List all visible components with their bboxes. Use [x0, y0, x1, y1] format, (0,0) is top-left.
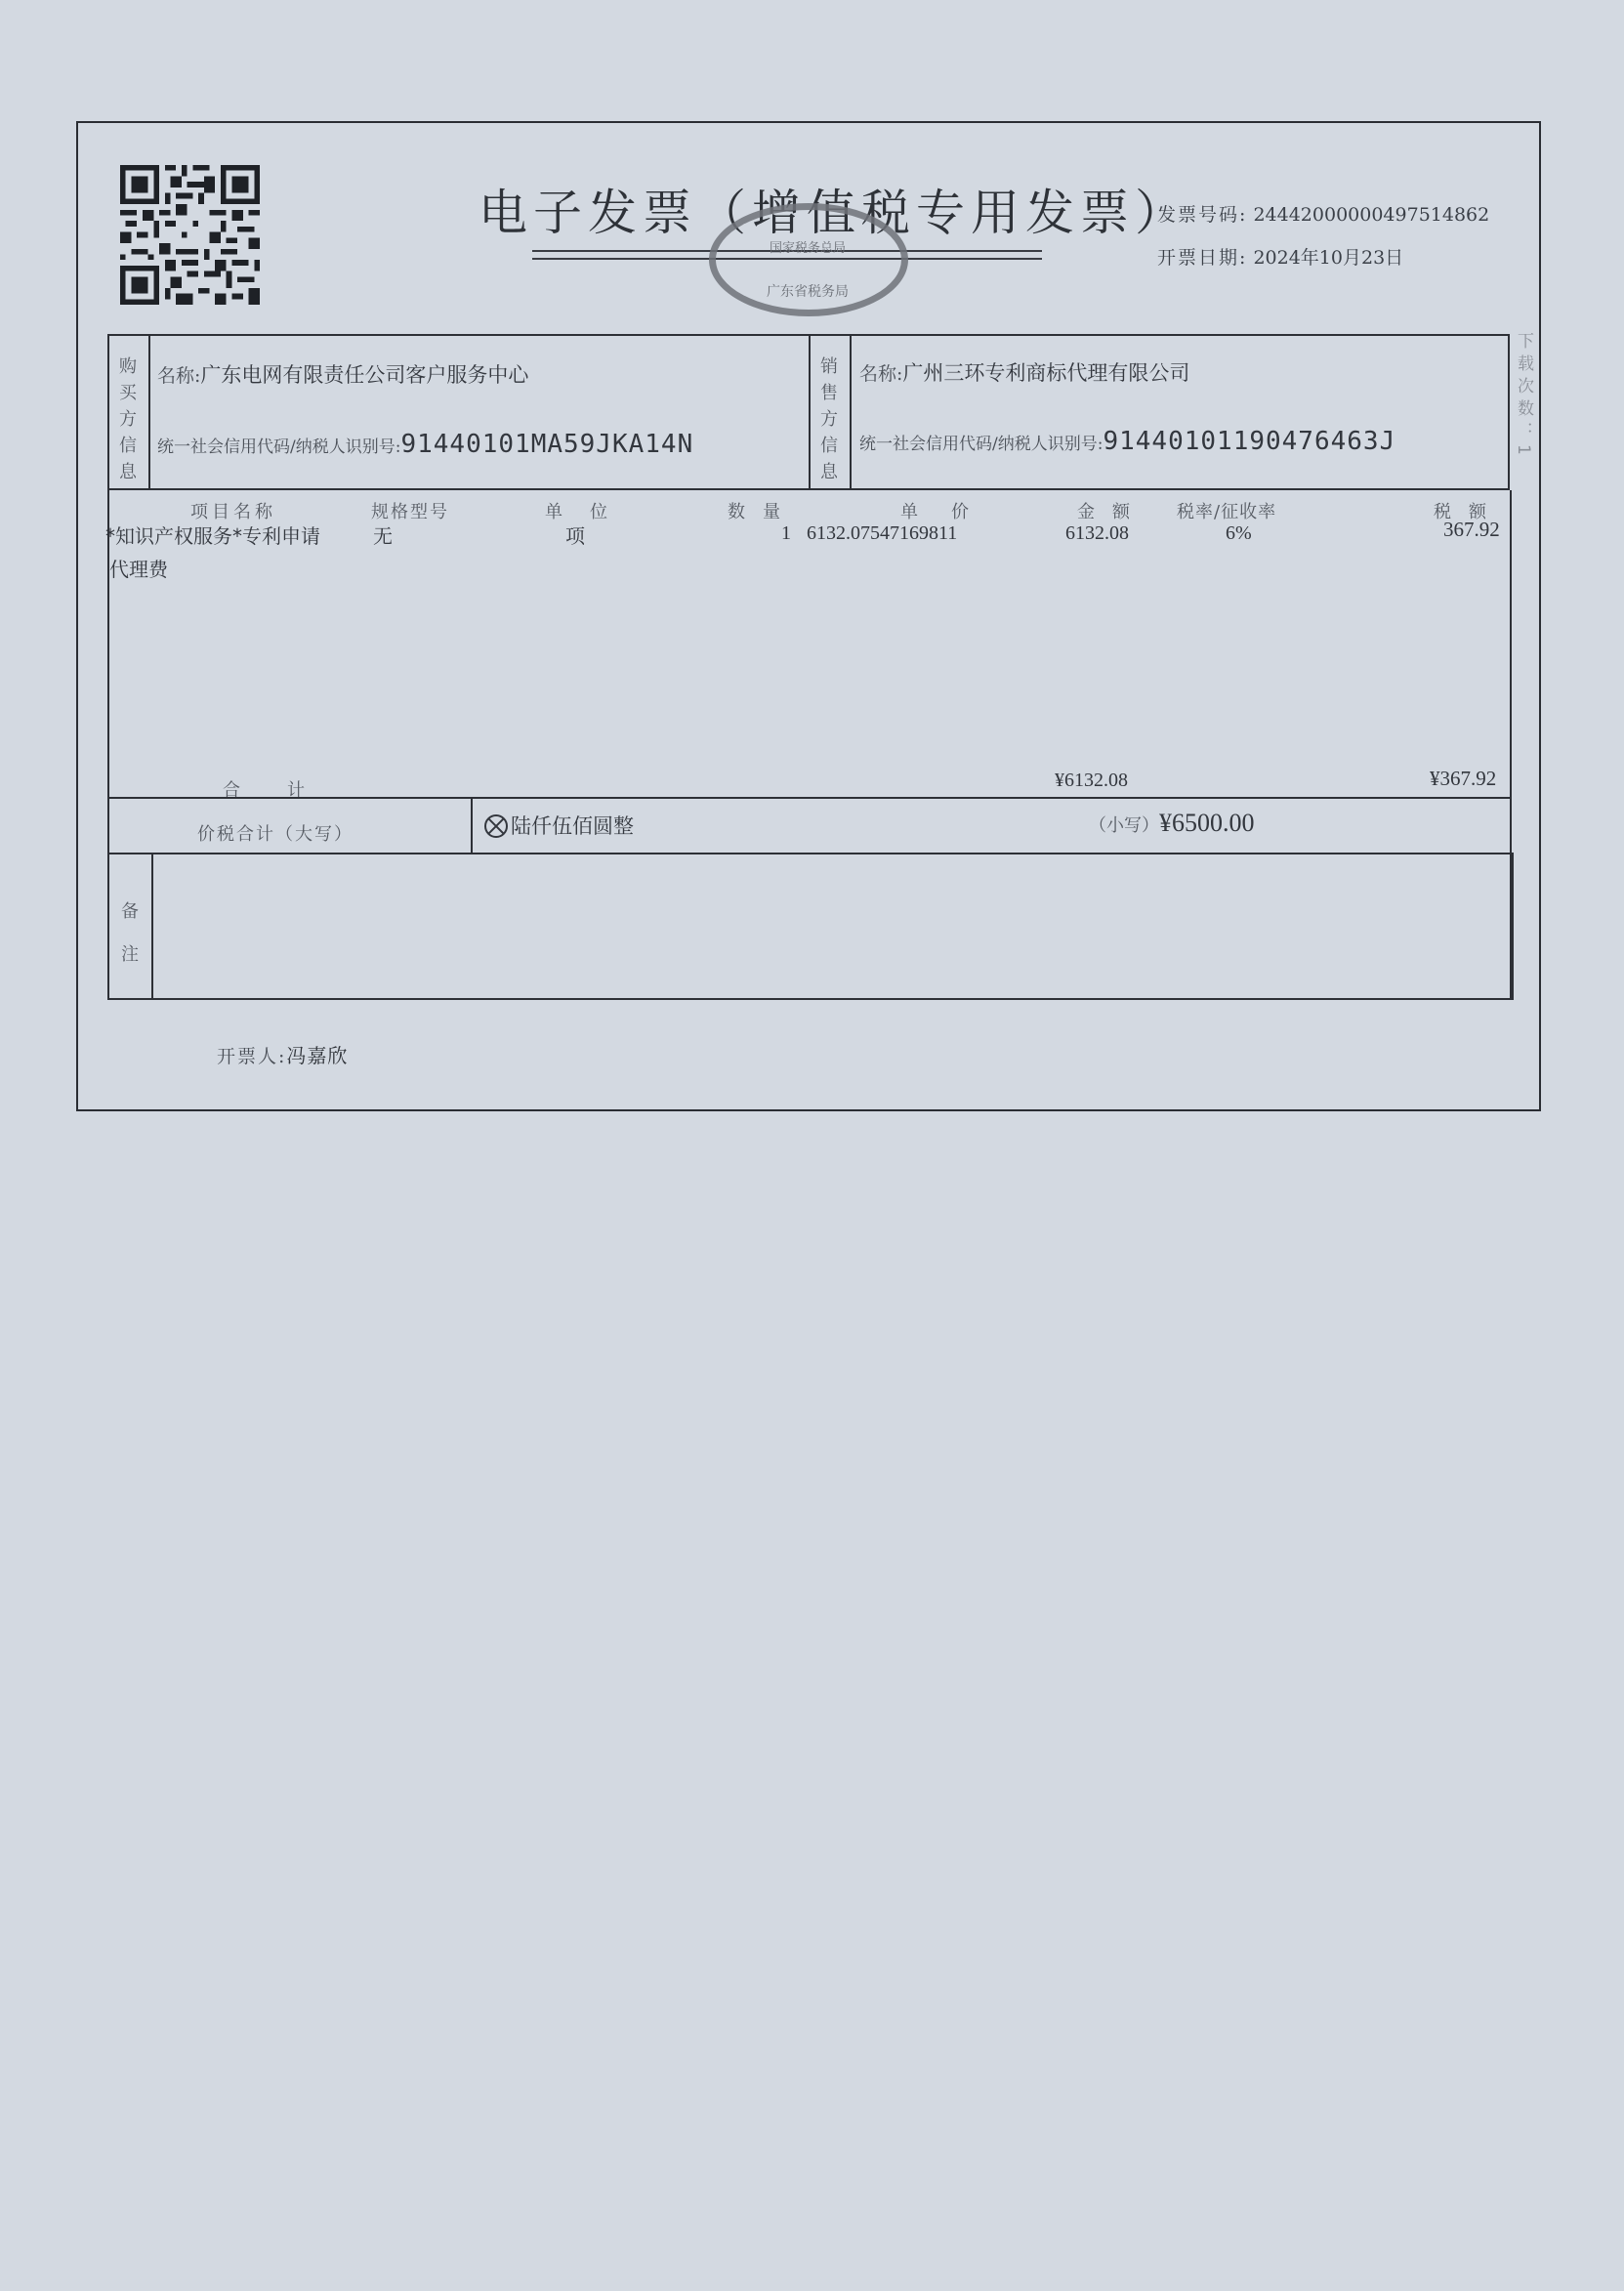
remarks-label: 备注	[118, 891, 142, 977]
invoice-number-value: 24442000000497514862	[1253, 204, 1489, 226]
seller-section-label: 销售方信息	[817, 354, 841, 485]
buyer-name: 名称:广东电网有限责任公司客户服务中心	[157, 359, 528, 389]
seller-name: 名称:广州三环专利商标代理有限公司	[859, 357, 1189, 387]
item-tax-rate: 6%	[1226, 522, 1252, 545]
seller-label-divider	[850, 334, 852, 490]
item-unit-price: 6132.07547169811	[807, 522, 957, 545]
total-amount: ¥6132.08	[1055, 770, 1128, 792]
item-quantity: 1	[781, 522, 791, 545]
download-count-note: 下载次数：1	[1512, 332, 1536, 461]
total-tax: ¥367.92	[1430, 767, 1496, 791]
remarks-top-divider	[107, 853, 1512, 854]
item-tax: 367.92	[1443, 518, 1500, 542]
item-unit: 项	[565, 521, 585, 549]
item-name-line1: *知识产权服务*专利申请	[105, 521, 320, 549]
col-header-unit: 单位	[545, 498, 635, 523]
qr-code-icon	[120, 165, 260, 305]
item-amount: 6132.08	[1065, 522, 1129, 545]
invoice-date-value: 2024年10月23日	[1253, 247, 1403, 269]
grand-total-small-value: ¥6500.00	[1159, 809, 1255, 837]
grand-total-divider	[471, 797, 473, 854]
invoice-date: 开票日期: 2024年10月23日	[1157, 243, 1403, 270]
seller-tax-label: 统一社会信用代码/纳税人识别号:	[859, 435, 1103, 454]
buyer-name-label: 名称:	[157, 365, 200, 387]
remarks-bottom-border	[107, 998, 1514, 1000]
seller-tax-value: 91440101190476463J	[1103, 427, 1395, 456]
grand-total-label: 价税合计（大写）	[197, 820, 354, 846]
remarks-right-border	[1512, 853, 1514, 999]
stamp-bottom-text: 广东省税务局	[734, 281, 881, 301]
buyer-tax-value: 91440101MA59JKA14N	[400, 430, 693, 459]
seller-tax-id: 统一社会信用代码/纳税人识别号:91440101190476463J	[859, 427, 1395, 456]
buyer-name-value: 广东电网有限责任公司客户服务中心	[200, 363, 528, 387]
remarks-label-divider	[151, 853, 153, 999]
remarks-left-border	[107, 853, 109, 999]
buyer-section-label: 购买方信息	[116, 354, 140, 485]
buyer-label-divider	[148, 334, 150, 490]
stamp-top-text: 国家税务总局	[734, 237, 881, 256]
issuer-name: 冯嘉欣	[286, 1044, 348, 1067]
seller-name-value: 广州三环专利商标代理有限公司	[902, 361, 1189, 385]
grand-total-small-label: （小写）	[1089, 815, 1159, 836]
col-header-amount: 金额	[1077, 498, 1147, 523]
buyer-seller-divider	[809, 334, 811, 490]
grand-total-uppercase: 陆仟伍佰圆整	[484, 811, 634, 840]
remarks-content	[161, 864, 1499, 986]
seller-name-label: 名称:	[859, 363, 902, 385]
item-name-line2: 代理费	[109, 554, 168, 582]
issuer-label: 开票人:	[217, 1046, 286, 1067]
col-header-tax-rate: 税率/征收率	[1177, 498, 1276, 523]
col-header-quantity: 数量	[728, 498, 798, 523]
invoice-number: 发票号码: 24442000000497514862	[1157, 200, 1489, 227]
col-header-unit-price: 单价	[900, 498, 1002, 523]
issuer: 开票人:冯嘉欣	[217, 1040, 348, 1068]
grand-total-uppercase-value: 陆仟伍佰圆整	[511, 814, 634, 838]
totals-divider	[107, 797, 1512, 799]
grand-total-small: （小写）¥6500.00	[1089, 809, 1255, 838]
circled-x-icon	[484, 814, 508, 838]
item-spec: 无	[373, 521, 393, 549]
invoice-number-label: 发票号码:	[1157, 204, 1247, 226]
buyer-tax-id: 统一社会信用代码/纳税人识别号:91440101MA59JKA14N	[157, 430, 693, 459]
buyer-tax-label: 统一社会信用代码/纳税人识别号:	[157, 437, 400, 457]
invoice-date-label: 开票日期:	[1157, 247, 1247, 269]
